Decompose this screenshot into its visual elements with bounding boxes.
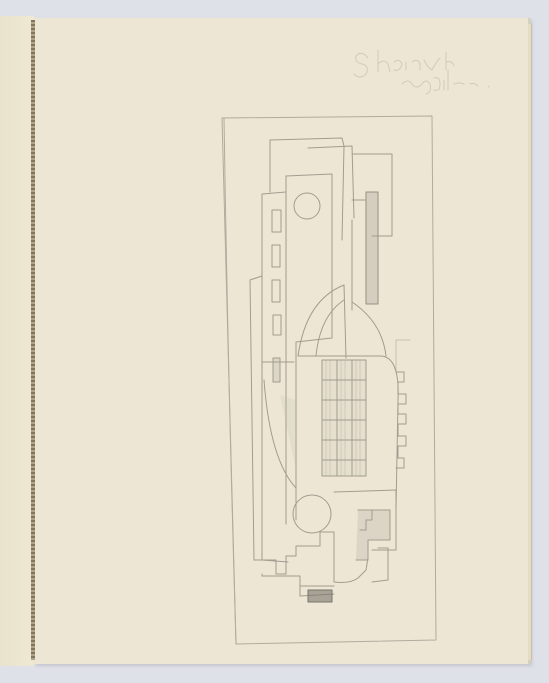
pencil-sketch [0,0,549,683]
sketchbook: Skizzen Ansichten [0,0,549,683]
